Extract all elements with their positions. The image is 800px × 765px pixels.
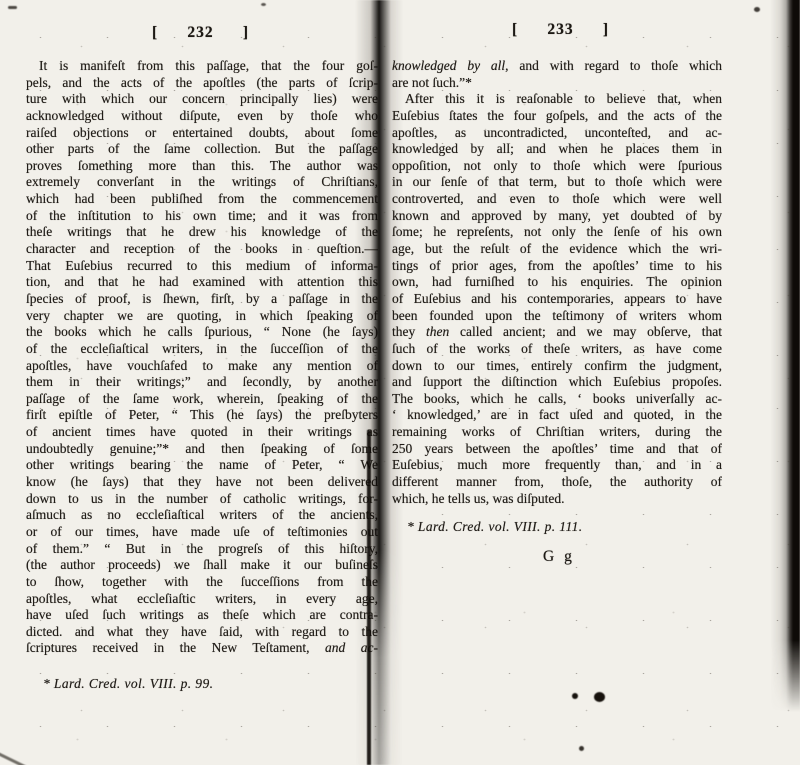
text-segment: firſt epiſtle of Peter, “ This (he ſays)… (26, 407, 378, 422)
text-line: have uſed ſuch writings as theſe which a… (26, 607, 378, 624)
text-line: and ſupport the diſtinction which Euſebi… (392, 374, 722, 391)
text-line: That Euſebius recurred to this medium of… (26, 258, 378, 275)
left-text-column: It is manifeſt from this paſſage, that t… (26, 58, 378, 657)
text-segment: proves ſomething more than this. The aut… (26, 158, 378, 173)
text-line: to ſhow, together with the ſucceſſions f… (26, 574, 378, 591)
text-line: own, had furniſhed to his enquiries. The… (392, 274, 722, 291)
text-line: tings of prior ages, from the apoſtles’ … (392, 258, 722, 275)
text-segment: to ſhow, together with the ſucceſſions f… (26, 574, 378, 589)
text-segment: known and approved by many, yet doubted … (392, 208, 722, 223)
text-line: pels, and the acts of the apoſtles (the … (26, 75, 378, 92)
text-segment: aſmuch as no eccleſiaſtical writers of t… (26, 507, 378, 522)
text-segment: knowledged by all; and when he places th… (392, 141, 722, 156)
text-line: 250 years between the apoſtles’ time and… (392, 441, 722, 458)
text-segment: ſuch of the works of theſe writers, as h… (392, 341, 722, 356)
right-footnote: * Lard. Cred. vol. VIII. p. 111. (407, 519, 583, 535)
text-segment: which had been publiſhed from the commen… (26, 191, 378, 206)
text-line: Euſebius ſtates the four goſpels, and th… (392, 108, 722, 125)
book-scan: [ 232 ] [ 233 ] It is manifeſt from this… (0, 0, 800, 765)
text-line: proves ſomething more than this. The aut… (26, 158, 378, 175)
text-segment: 250 years between the apoſtles’ time and… (392, 441, 722, 456)
text-line: knowledged by all, and with regard to th… (392, 58, 722, 75)
text-segment: in our ſenſe of that term, but to thoſe … (392, 174, 722, 189)
text-segment: tion, and that he had examined with atte… (26, 274, 378, 289)
text-segment: Euſebius, much more frequently than, and… (392, 457, 722, 472)
text-line: different manner from, thoſe, the author… (392, 474, 722, 491)
italic-text-segment: then (426, 324, 449, 339)
ink-spot (572, 693, 578, 699)
italic-text-segment: knowledged by all (392, 58, 505, 73)
text-line: tion, and that he had examined with atte… (26, 274, 378, 291)
text-segment: ſpecies of proof, is ſhewn, firſt, by a … (26, 291, 378, 306)
text-line: age, but the reſult of the evidence whic… (392, 241, 722, 258)
text-segment: theſe writings that he drew his knowledg… (26, 224, 378, 239)
left-page-number: [ 232 ] (152, 24, 249, 42)
text-segment: Euſebius ſtates the four goſpels, and th… (392, 108, 722, 123)
text-line: extremely converſant in the writings of … (26, 174, 378, 191)
text-line: ture with which our concern principally … (26, 91, 378, 108)
text-segment: undoubtedly genuine;”* and then ſpeaking… (26, 441, 378, 456)
text-segment: tings of prior ages, from the apoſtles’ … (392, 258, 722, 273)
text-line: apoſtles, have vouchſafed to make any me… (26, 358, 378, 375)
text-segment: dicted. and what they have ſaid, with re… (26, 624, 378, 639)
text-segment: different manner from, thoſe, the author… (392, 474, 722, 489)
ink-spot (261, 3, 266, 6)
text-segment: character and reception of the books in … (26, 241, 378, 256)
left-footnote: * Lard. Cred. vol. VIII. p. 99. (43, 676, 213, 692)
text-segment: The books, which he calls, ‘ books unive… (392, 391, 722, 406)
text-line: apoſtles, what eccleſiaſtic writers, in … (26, 591, 378, 608)
text-line: firſt epiſtle of Peter, “ This (he ſays)… (26, 407, 378, 424)
text-segment: or of our times, have made uſe of teſtim… (26, 524, 378, 539)
binding-gutter-shadow (355, 0, 403, 765)
text-segment: apoſtles, as uncontradicted, unconteſted… (392, 125, 722, 140)
text-line: raiſed objections or entertained doubts,… (26, 125, 378, 142)
text-line: or of our times, have made uſe of teſtim… (26, 524, 378, 541)
text-line: Euſebius, much more frequently than, and… (392, 457, 722, 474)
text-segment: down to us in the number of catholic wri… (26, 491, 378, 506)
text-line: of the eccleſiaſtical writers, in the ſu… (26, 341, 378, 358)
text-segment: age, but the reſult of the evidence whic… (392, 241, 722, 256)
text-segment: been founded upon the teſtimony of write… (392, 308, 722, 323)
text-line: It is manifeſt from this paſſage, that t… (26, 58, 378, 75)
text-line: paſſage of the ſame work, wherein, ſpeak… (26, 391, 378, 408)
text-line: dicted. and what they have ſaid, with re… (26, 624, 378, 641)
text-line: controverted, and even to thoſe which we… (392, 191, 722, 208)
text-line: of the inſtitution to his own time; and … (26, 208, 378, 225)
text-line: which had been publiſhed from the commen… (26, 191, 378, 208)
text-line: knowledged by all; and when he places th… (392, 141, 722, 158)
text-line: are not ſuch.”* (392, 75, 722, 92)
text-segment: of ancient times have quoted in their wr… (26, 424, 378, 439)
text-segment: extremely converſant in the writings of … (26, 174, 378, 189)
text-segment: (the author proceeds) we ſhall make it o… (26, 557, 378, 572)
text-segment: raiſed objections or entertained doubts,… (26, 125, 378, 140)
text-segment: apoſtles, what eccleſiaſtic writers, in … (26, 591, 378, 606)
text-line: ſcriptures received in the New Teſtament… (26, 640, 378, 657)
text-line: (the author proceeds) we ſhall make it o… (26, 557, 378, 574)
text-segment: know (he ſays) that they have not been d… (26, 474, 378, 489)
text-line: which, he tells us, was diſputed. (392, 491, 722, 508)
ink-spot (594, 692, 605, 702)
right-text-column: knowledged by all, and with regard to th… (392, 58, 722, 507)
text-line: the books which he calls ſpurious, “ Non… (26, 324, 378, 341)
page-edge-shadow (770, 0, 800, 712)
text-segment: It is manifeſt from this paſſage, that t… (39, 58, 378, 73)
text-segment: called ancient; and we may obſerve, that (449, 324, 722, 339)
text-segment: paſſage of the ſame work, wherein, ſpeak… (26, 391, 378, 406)
signature-mark: G g (543, 548, 575, 566)
text-segment: ſcriptures received in the New Teſtament… (26, 640, 325, 655)
ink-spot (579, 746, 584, 751)
text-segment: down to our times, entirely confirm the … (392, 358, 722, 373)
text-segment: pels, and the acts of the apoſtles (the … (26, 75, 378, 90)
text-segment: apoſtles, have vouchſafed to make any me… (26, 358, 378, 373)
text-line: down to us in the number of catholic wri… (26, 491, 378, 508)
text-line: other writings bearing the name of Peter… (26, 457, 378, 474)
text-line: acknowledged without diſpute, even by th… (26, 108, 378, 125)
text-line: ſpecies of proof, is ſhewn, firſt, by a … (26, 291, 378, 308)
text-line: know (he ſays) that they have not been d… (26, 474, 378, 491)
text-segment: of the eccleſiaſtical writers, in the ſu… (26, 341, 378, 356)
text-segment: ‘ knowledged,’ are in fact uſed and quot… (392, 407, 722, 422)
text-line: character and reception of the books in … (26, 241, 378, 258)
text-line: oppoſition, not only to thoſe which were… (392, 158, 722, 175)
text-line: them in their writings;” and ſecondly, b… (26, 374, 378, 391)
text-segment: ſome; he repreſents, not only the ſenſe … (392, 224, 722, 239)
text-line: ſuch of the works of theſe writers, as h… (392, 341, 722, 358)
text-line: other parts of the ſame collection. But … (26, 141, 378, 158)
text-line: of Euſebius and his contemporaries, appe… (392, 291, 722, 308)
binding-gutter-line (367, 430, 371, 765)
text-line: of them.” “ But in the progreſs of this … (26, 541, 378, 558)
text-line: ſome; he repreſents, not only the ſenſe … (392, 224, 722, 241)
text-line: very chapter we are quoting, in which ſp… (26, 308, 378, 325)
text-segment: them in their writings;” and ſecondly, b… (26, 374, 378, 389)
text-line: theſe writings that he drew his knowledg… (26, 224, 378, 241)
ink-spot (754, 7, 760, 12)
text-segment: ture with which our concern principally … (26, 91, 378, 106)
text-line: aſmuch as no eccleſiaſtical writers of t… (26, 507, 378, 524)
text-segment: After this it is reaſonable to believe t… (405, 91, 722, 106)
text-segment: own, had furniſhed to his enquiries. The… (392, 274, 722, 289)
right-page-number: [ 233 ] (512, 21, 609, 39)
text-line: of ancient times have quoted in their wr… (26, 424, 378, 441)
text-segment: very chapter we are quoting, in which ſp… (26, 308, 378, 323)
text-line: apoſtles, as uncontradicted, unconteſted… (392, 125, 722, 142)
text-segment: other parts of the ſame collection. But … (26, 141, 378, 156)
text-segment: remaining works of Chriſtian writers, du… (392, 424, 722, 439)
text-segment: have uſed ſuch writings as theſe which a… (26, 607, 378, 622)
text-line: ‘ knowledged,’ are in fact uſed and quot… (392, 407, 722, 424)
text-segment: the books which he calls ſpurious, “ Non… (26, 324, 378, 339)
text-line: down to our times, entirely confirm the … (392, 358, 722, 375)
text-line: known and approved by many, yet doubted … (392, 208, 722, 225)
text-segment: which, he tells us, was diſputed. (392, 491, 564, 506)
text-segment: acknowledged without diſpute, even by th… (26, 108, 378, 123)
text-segment: oppoſition, not only to thoſe which were… (392, 158, 722, 173)
text-line: they then called ancient; and we may obſ… (392, 324, 722, 341)
text-segment: controverted, and even to thoſe which we… (392, 191, 722, 206)
text-line: After this it is reaſonable to believe t… (392, 91, 722, 108)
text-line: in our ſenſe of that term, but to thoſe … (392, 174, 722, 191)
text-line: remaining works of Chriſtian writers, du… (392, 424, 722, 441)
text-line: been founded upon the teſtimony of write… (392, 308, 722, 325)
text-segment: other writings bearing the name of Peter… (26, 457, 378, 472)
text-line: undoubtedly genuine;”* and then ſpeaking… (26, 441, 378, 458)
text-segment: That Euſebius recurred to this medium of… (26, 258, 378, 273)
ink-spot (8, 6, 17, 9)
text-segment: of the inſtitution to his own time; and … (26, 208, 378, 223)
text-segment: of them.” “ But in the progreſs of this … (26, 541, 378, 556)
text-segment: and ſupport the diſtinction which Euſebi… (392, 374, 722, 389)
text-segment: of Euſebius and his contemporaries, appe… (392, 291, 722, 306)
text-segment: are not ſuch.”* (392, 75, 472, 90)
text-line: The books, which he calls, ‘ books unive… (392, 391, 722, 408)
page-curl-line (0, 750, 36, 765)
text-segment: , and with regard to thoſe which (505, 58, 722, 73)
